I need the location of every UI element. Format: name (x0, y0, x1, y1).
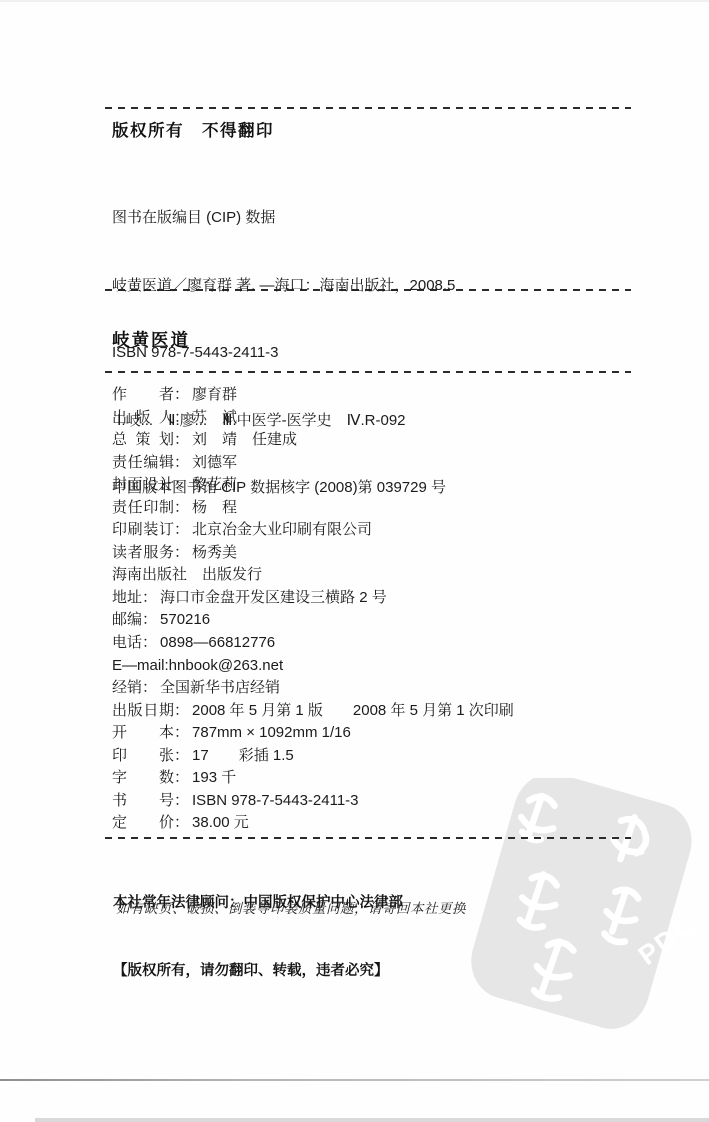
cip-heading: 图书在版编目 (CIP) 数据 (112, 207, 455, 230)
colophon-row: 书号：ISBN 978-7-5443-2411-3 (112, 790, 514, 813)
colophon-colon: ： (174, 409, 189, 426)
colophon-label: 电话 (112, 632, 142, 655)
dashed-divider-footer (105, 837, 631, 839)
colophon-colon: ： (174, 702, 189, 719)
colophon-value: 杨秀美 (192, 544, 237, 561)
colophon-label: 印刷装订 (112, 519, 174, 542)
colophon-colon: ： (174, 747, 189, 764)
copyright-notice-header: 版权所有 不得翻印 (112, 117, 274, 141)
colophon-row: 作者：廖育群 (112, 384, 514, 407)
colophon-label: 地址 (112, 587, 142, 610)
colophon-row: 字数：193 千 (112, 767, 514, 790)
colophon-value: 黎花莉 (192, 476, 237, 493)
colophon-row: 出版人：苏 斌 (112, 407, 514, 430)
colophon-row: 封面设计：黎花莉 (112, 474, 514, 497)
colophon-colon: ： (142, 611, 157, 628)
colophon-value: 杨 程 (192, 499, 237, 516)
colophon-label: 责任编辑 (112, 452, 174, 475)
colophon-row: 印刷装订：北京冶金大业印刷有限公司 (112, 519, 514, 542)
colophon-value: 0898—66812776 (160, 634, 275, 651)
colophon-value: 海口市金盘开发区建设三横路 2 号 (160, 589, 387, 606)
colophon-value: 刘德军 (192, 454, 237, 471)
colophon-value: 787mm × 1092mm 1/16 (192, 724, 351, 741)
colophon-value: 193 千 (192, 769, 236, 786)
colophon-row: 印张：17 彩插 1.5 (112, 745, 514, 768)
scan-crease-line (0, 1079, 709, 1081)
colophon-colon: ： (174, 792, 189, 809)
colophon-row: 经销：全国新华书店经销 (112, 677, 514, 700)
book-title: 岐黄医道 (112, 327, 190, 352)
colophon-label: 读者服务 (112, 542, 174, 565)
colophon-colon: ： (142, 679, 157, 696)
colophon-colon: ： (174, 454, 189, 471)
colophon-value: 苏 斌 (192, 409, 237, 426)
colophon-row: 电话：0898—66812776 (112, 632, 514, 655)
colophon-label: 出版人 (112, 407, 174, 430)
colophon-row: 责任编辑：刘德军 (112, 452, 514, 475)
colophon-colon: ： (174, 431, 189, 448)
colophon-value: 17 彩插 1.5 (192, 747, 294, 764)
colophon-label: 定价 (112, 812, 174, 835)
colophon-row: 定价：38.00 元 (112, 812, 514, 835)
colophon-row: 总策划：刘 靖 任建成 (112, 429, 514, 452)
colophon-label: 邮编 (112, 609, 142, 632)
dashed-divider-top (105, 107, 631, 109)
colophon-colon: ： (174, 724, 189, 741)
colophon-value: 570216 (160, 611, 210, 628)
colophon-colon: ： (174, 499, 189, 516)
colophon-label: 开本 (112, 722, 174, 745)
colophon-value: 刘 靖 任建成 (192, 431, 297, 448)
colophon-value: ISBN 978-7-5443-2411-3 (192, 792, 359, 809)
colophon-row: 地址：海口市金盘开发区建设三横路 2 号 (112, 587, 514, 610)
colophon-plain-row: E—mail:hnbook@263.net (112, 655, 514, 678)
copyright-notice-line: 【版权所有，请勿翻印、转载，违者必究】 (113, 960, 403, 983)
colophon-label: 责任印制 (112, 497, 174, 520)
colophon-colon: ： (174, 544, 189, 561)
colophon-colon: ： (174, 476, 189, 493)
quality-note: 如有缺页、破损、倒装等印装质量问题，请寄回本社更换 (116, 897, 466, 917)
colophon-label: 总策划 (112, 429, 174, 452)
colophon-label: 封面设计 (112, 474, 174, 497)
colophon-label: 字数 (112, 767, 174, 790)
colophon-value: 北京冶金大业印刷有限公司 (192, 521, 372, 538)
colophon-row: 读者服务：杨秀美 (112, 542, 514, 565)
footer-legal-block: 本社常年法律顾问：中国版权保护中心法律部 【版权所有，请勿翻印、转载，违者必究】 (113, 847, 403, 1005)
page-top-edge (0, 0, 709, 2)
page-bottom-edge (35, 1118, 709, 1122)
colophon-label: 印张 (112, 745, 174, 768)
colophon-value: 38.00 元 (192, 814, 249, 831)
colophon-colon: ： (174, 769, 189, 786)
colophon-list: 作者：廖育群出版人：苏 斌总策划：刘 靖 任建成责任编辑：刘德军封面设计：黎花莉… (112, 384, 514, 835)
colophon-value: 2008 年 5 月第 1 版 2008 年 5 月第 1 次印刷 (192, 702, 514, 719)
colophon-colon: ： (174, 386, 189, 403)
colophon-colon: ： (142, 634, 157, 651)
colophon-label: 书号 (112, 790, 174, 813)
colophon-label: 作者 (112, 384, 174, 407)
colophon-row: 责任印制：杨 程 (112, 497, 514, 520)
colophon-value: 廖育群 (192, 386, 237, 403)
colophon-row: 出版日期：2008 年 5 月第 1 版 2008 年 5 月第 1 次印刷 (112, 700, 514, 723)
colophon-colon: ： (174, 521, 189, 538)
colophon-row: 邮编：570216 (112, 609, 514, 632)
colophon-colon: ： (142, 589, 157, 606)
colophon-row: 开本：787mm × 1092mm 1/16 (112, 722, 514, 745)
colophon-value: 全国新华书店经销 (160, 679, 280, 696)
colophon-plain-row: 海南出版社 出版发行 (112, 564, 514, 587)
cip-book-entry: 岐黄医道／廖育群 著. —海口：海南出版社，2008.5 (112, 275, 455, 298)
colophon-label: 出版日期 (112, 700, 174, 723)
colophon-label: 经销 (112, 677, 142, 700)
colophon-colon: ： (174, 814, 189, 831)
